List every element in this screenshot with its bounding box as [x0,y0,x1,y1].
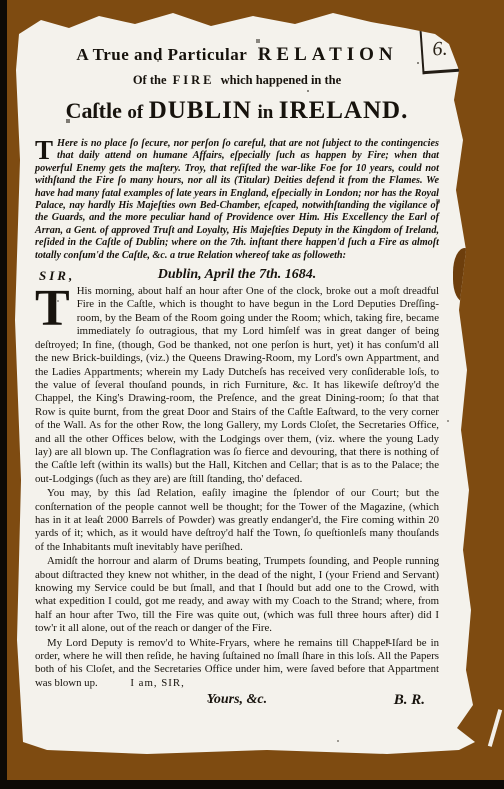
letter-paragraph-3: Amidſt the horrour and alarm of Drums be… [35,555,439,635]
title-line-1: A True and Particular RELATION [35,44,439,66]
letter-dropcap: T [35,285,77,330]
title-fire-word: FIRE [173,73,215,87]
title-relation-word: RELATION [258,44,398,65]
preamble-paragraph: T Here is no place ſo ſecure, nor perſon… [35,138,439,262]
scan-border-bottom [0,780,504,789]
ink-specks [7,0,9,2]
page-content: A True and Particular RELATION Of the FI… [35,44,439,708]
letter-paragraph-1: T His morning, about half an hour after … [35,285,439,486]
pamphlet-page: 6. A True and Particular RELATION Of the… [7,0,504,780]
paper-hole [453,248,479,302]
letter-paragraph-1-text: His morning, about half an hour after On… [35,285,439,485]
letter-paragraph-4-text: My Lord Deputy is remov'd to White-Fryar… [35,637,439,689]
title-line-3: Caſtle of DUBLIN in IRELAND. [35,97,439,125]
title-line-2: Of the FIRE which happened in the [35,73,439,88]
title-line-2-suffix: which happened in the [221,73,342,87]
preamble-dropcap: T [35,138,57,161]
title-line-2-prefix: Of the [133,73,167,87]
title-of-word: of [127,102,143,123]
place-and-date: Dublin, April the 7th. 1684. [158,267,317,282]
scan-background: 6. A True and Particular RELATION Of the… [0,0,504,789]
title-line-1-text: A True and Particular [76,45,247,64]
letter-paragraph-2: You may, by this ſad Relation, eaſily im… [35,487,439,554]
title-dublin-word: DUBLIN [149,97,252,124]
preamble-text: Here is no place ſo ſecure, nor perſon ſ… [35,138,439,261]
signature-initials: B. R. [394,692,425,709]
title-block: A True and Particular RELATION Of the FI… [35,44,439,125]
letter-paragraph-4: My Lord Deputy is remov'd to White-Fryar… [35,637,439,691]
dateline: SIR, Dublin, April the 7th. 1684. [35,267,439,283]
scan-border-left [0,0,7,789]
title-castle-word: Caſtle [66,98,122,123]
title-in-word: in [257,102,273,123]
salutation: SIR, [39,268,75,284]
title-ireland-word: IRELAND. [279,97,409,124]
letter-closing: I am, SIR, [130,677,184,689]
adjacent-page-sliver [488,709,502,747]
signature-yours: Yours, &c. [207,692,267,707]
signature-line: Yours, &c. B. R. [35,692,439,708]
